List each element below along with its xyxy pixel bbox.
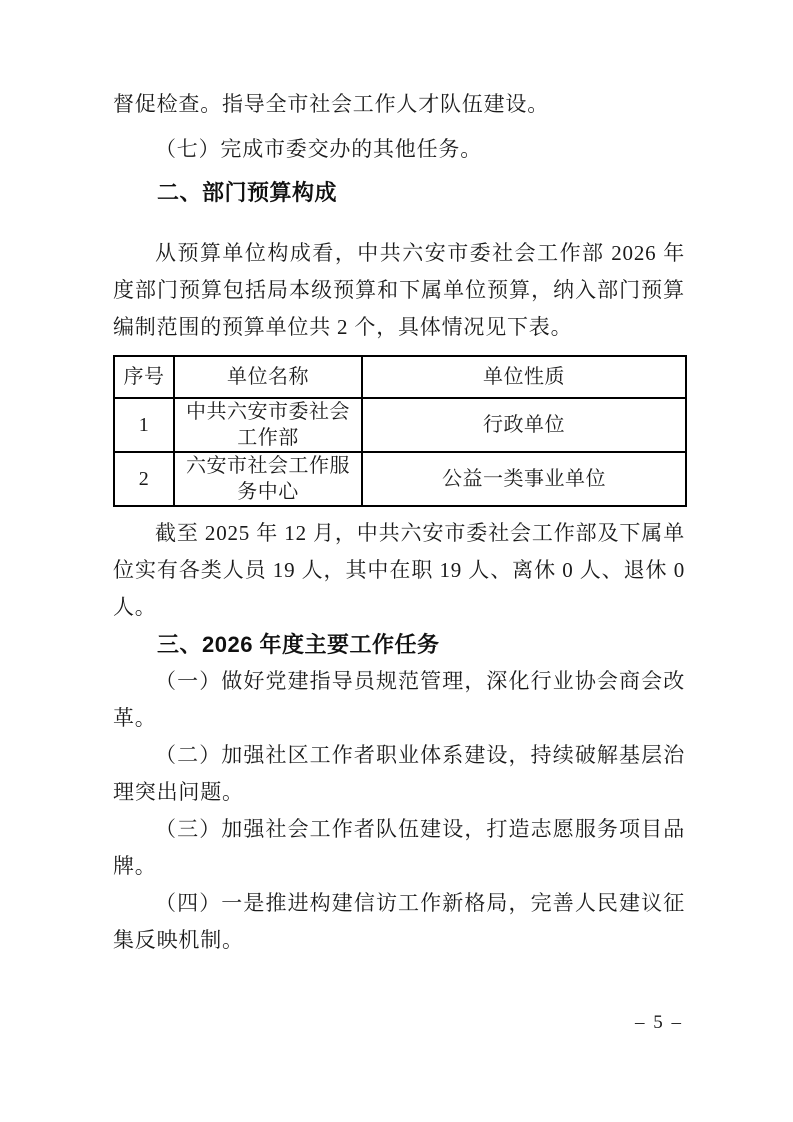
- cell-unit-type: 公益一类事业单位: [362, 452, 686, 506]
- section2-heading: 二、部门预算构成: [113, 174, 685, 211]
- table-row: 1 中共六安市委社会工作部 行政单位: [114, 398, 686, 452]
- section2-staffing-paragraph: 截至 2025 年 12 月，中共六安市委社会工作部及下属单位实有各类人员 19…: [113, 515, 685, 626]
- table-row: 2 六安市社会工作服务中心 公益一类事业单位: [114, 452, 686, 506]
- table-header-unit-type: 单位性质: [362, 356, 686, 398]
- page-number: – 5 –: [635, 1012, 683, 1034]
- section3-heading: 三、2026 年度主要工作任务: [113, 626, 685, 663]
- table-header-unit-name: 单位名称: [174, 356, 362, 398]
- document-content: 督促检查。指导全市社会工作人才队伍建设。 （七）完成市委交办的其他任务。 二、部…: [113, 86, 685, 959]
- cell-unit-name: 中共六安市委社会工作部: [174, 398, 362, 452]
- table-header-index: 序号: [114, 356, 174, 398]
- section3-item-2: （二）加强社区工作者职业体系建设，持续破解基层治理突出问题。: [113, 737, 685, 811]
- cell-unit-type: 行政单位: [362, 398, 686, 452]
- table-header-row: 序号 单位名称 单位性质: [114, 356, 686, 398]
- cell-index: 2: [114, 452, 174, 506]
- section2-intro-paragraph: 从预算单位构成看，中共六安市委社会工作部 2026 年度部门预算包括局本级预算和…: [113, 235, 685, 346]
- cell-index: 1: [114, 398, 174, 452]
- section3-item-3: （三）加强社会工作者队伍建设，打造志愿服务项目品牌。: [113, 811, 685, 885]
- cell-unit-name: 六安市社会工作服务中心: [174, 452, 362, 506]
- document-page: 督促检查。指导全市社会工作人才队伍建设。 （七）完成市委交办的其他任务。 二、部…: [0, 0, 793, 1122]
- paragraph-item-7: （七）完成市委交办的其他任务。: [113, 131, 685, 168]
- budget-units-table: 序号 单位名称 单位性质 1 中共六安市委社会工作部 行政单位 2 六安市社会工…: [113, 355, 687, 507]
- section3-item-1: （一）做好党建指导员规范管理，深化行业协会商会改革。: [113, 663, 685, 737]
- paragraph-continuation: 督促检查。指导全市社会工作人才队伍建设。: [113, 86, 685, 123]
- section3-item-4: （四）一是推进构建信访工作新格局，完善人民建议征集反映机制。: [113, 885, 685, 959]
